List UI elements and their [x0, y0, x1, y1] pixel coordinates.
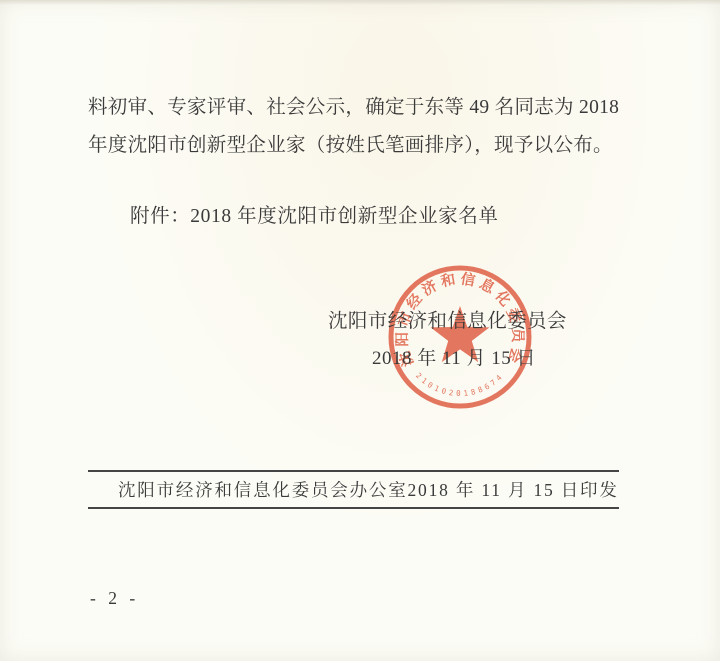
colophon-print-date: 2018 年 11 月 15 日印发: [408, 477, 619, 502]
attachment-line: 附件：2018 年度沈阳市创新型企业家名单: [130, 200, 498, 228]
seal-code: 2101020188674: [414, 371, 506, 398]
signature-date: 2018 年 11 月 15 日: [372, 343, 536, 370]
svg-text:2101020188674: 2101020188674: [414, 371, 506, 398]
page-number: - 2 -: [90, 588, 139, 609]
signature-org: 沈阳市经济和信息化委员会: [328, 305, 567, 333]
body-line-1: 料初审、专家评审、社会公示，确定于东等 49 名同志为 2018: [88, 89, 633, 127]
body-line-2: 年度沈阳市创新型企业家（按姓氏笔画排序），现予以公布。: [88, 127, 633, 165]
colophon-row: 沈阳市经济和信息化委员会办公室 2018 年 11 月 15 日印发: [88, 472, 619, 507]
colophon: 沈阳市经济和信息化委员会办公室 2018 年 11 月 15 日印发: [88, 470, 619, 509]
body-paragraph: 料初审、专家评审、社会公示，确定于东等 49 名同志为 2018 年度沈阳市创新…: [88, 89, 633, 165]
colophon-bottom-rule: [88, 507, 619, 509]
scanned-document-page: { "document": { "body": { "line1": "料初审、…: [0, 0, 720, 661]
colophon-office: 沈阳市经济和信息化委员会办公室: [118, 477, 408, 502]
official-seal: 沈阳市经济和信息化委员会 2101020188674: [382, 259, 538, 415]
